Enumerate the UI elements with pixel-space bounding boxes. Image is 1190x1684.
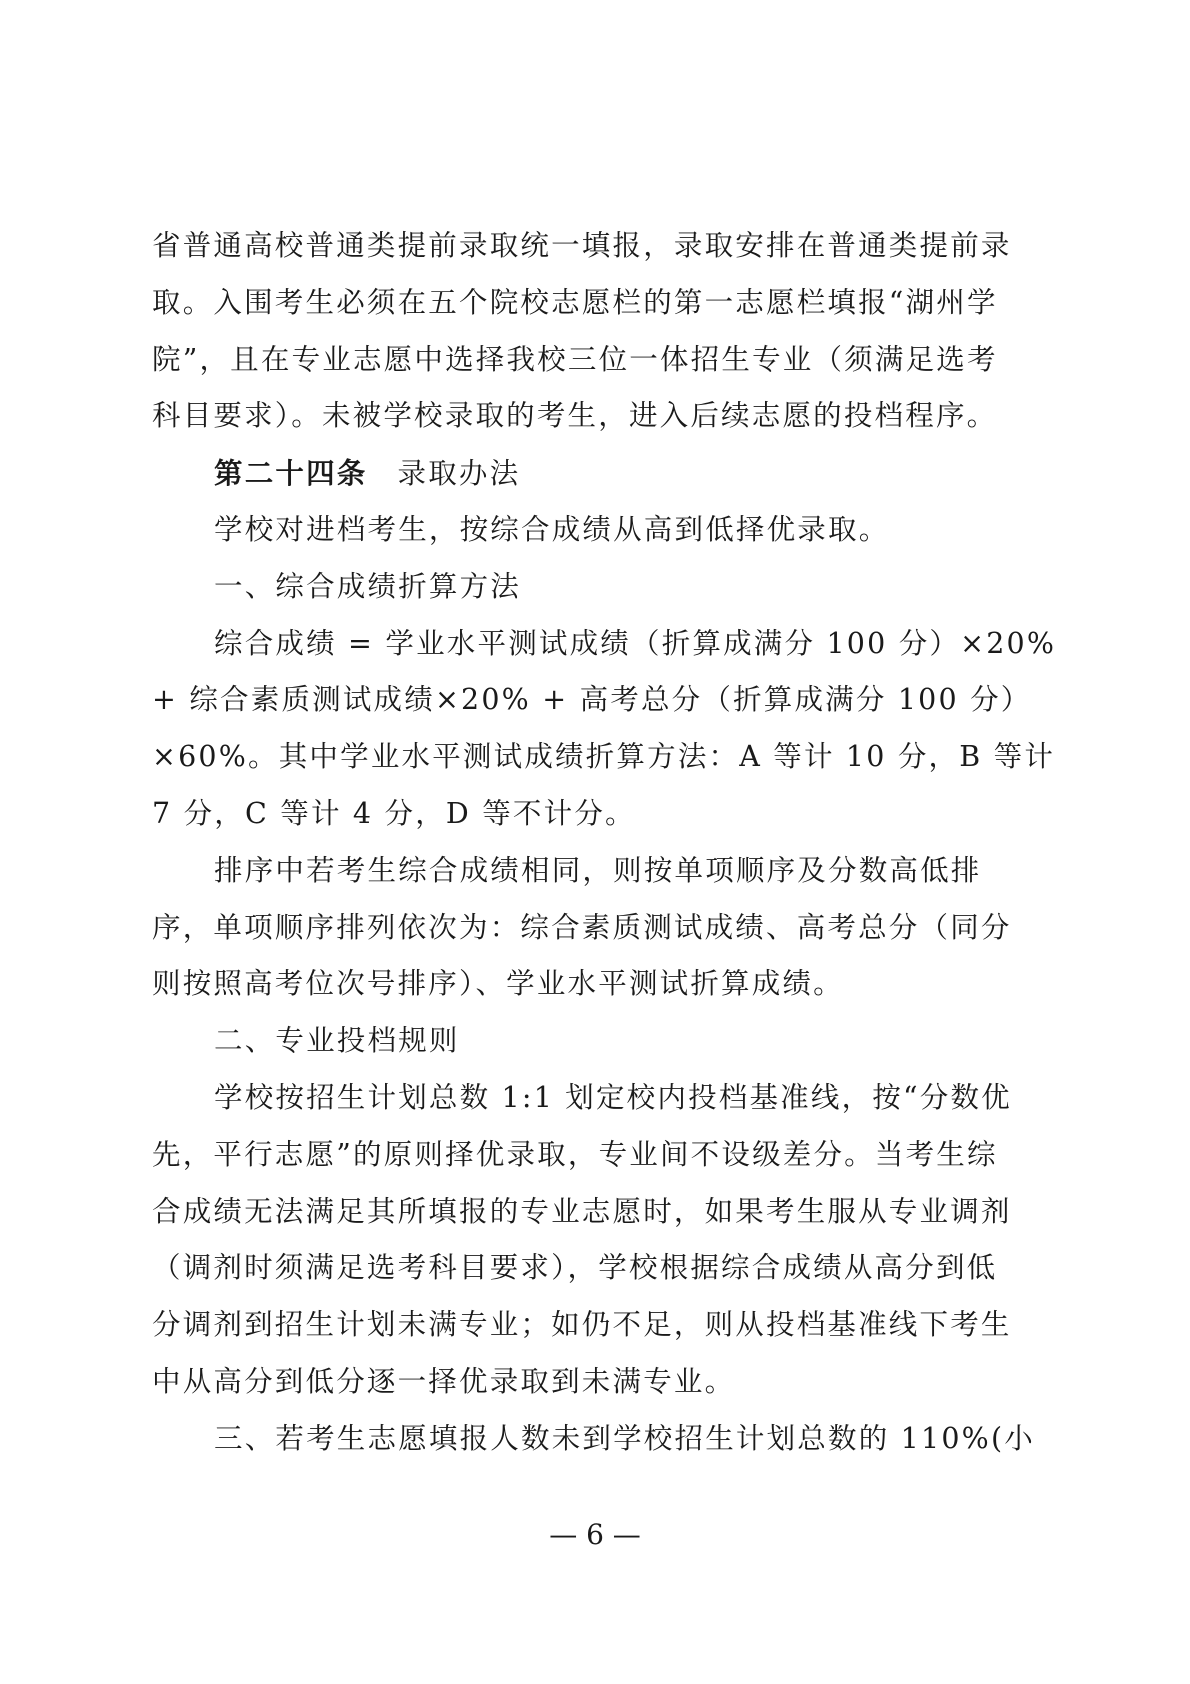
section-heading-1: 一、综合成绩折算方法	[152, 559, 1032, 616]
rule-line: （调剂时须满足选考科目要求），学校根据综合成绩从高分到低	[152, 1240, 1032, 1297]
paragraph-line: 院”，且在专业志愿中选择我校三位一体招生专业（须满足选考	[152, 332, 1032, 389]
tie-rule-line: 则按照高考位次号排序）、学业水平测试折算成绩。	[152, 956, 1032, 1013]
section-heading-2: 二、专业投档规则	[152, 1013, 1032, 1070]
page-number: — 6 —	[0, 1518, 1190, 1551]
article-heading: 第二十四条录取办法	[152, 445, 1032, 502]
rule-line: 合成绩无法满足其所填报的专业志愿时，如果考生服从专业调剂	[152, 1184, 1032, 1241]
article-title: 录取办法	[398, 457, 521, 490]
rule-line: 中从高分到低分逐一择优录取到未满专业。	[152, 1354, 1032, 1411]
formula-line: 综合成绩 = 学业水平测试成绩（折算成满分 100 分）×20%	[152, 616, 1032, 673]
formula-line: 7 分，C 等计 4 分，D 等不计分。	[152, 786, 1032, 843]
paragraph-line: 省普通高校普通类提前录取统一填报，录取安排在普通类提前录	[152, 218, 1032, 275]
section-heading-3: 三、若考生志愿填报人数未到学校招生计划总数的 110%(小	[152, 1411, 1032, 1468]
paragraph-line: 科目要求）。未被学校录取的考生，进入后续志愿的投档程序。	[152, 388, 1032, 445]
tie-rule-line: 序，单项顺序排列依次为：综合素质测试成绩、高考总分（同分	[152, 900, 1032, 957]
intro-line: 学校对进档考生，按综合成绩从高到低择优录取。	[152, 502, 1032, 559]
document-page: 省普通高校普通类提前录取统一填报，录取安排在普通类提前录 取。入围考生必须在五个…	[0, 0, 1190, 1684]
paragraph-line: 取。入围考生必须在五个院校志愿栏的第一志愿栏填报“湖州学	[152, 275, 1032, 332]
rule-line: 先，平行志愿”的原则择优录取，专业间不设级差分。当考生综	[152, 1127, 1032, 1184]
tie-rule-line: 排序中若考生综合成绩相同，则按单项顺序及分数高低排	[152, 843, 1032, 900]
document-body: 省普通高校普通类提前录取统一填报，录取安排在普通类提前录 取。入围考生必须在五个…	[152, 218, 1032, 1468]
rule-line: 分调剂到招生计划未满专业；如仍不足，则从投档基准线下考生	[152, 1297, 1032, 1354]
article-number: 第二十四条	[214, 456, 368, 490]
rule-line: 学校按招生计划总数 1:1 划定校内投档基准线，按“分数优	[152, 1070, 1032, 1127]
formula-line: + 综合素质测试成绩×20% + 高考总分（折算成满分 100 分）	[152, 672, 1032, 729]
formula-line: ×60%。其中学业水平测试成绩折算方法：A 等计 10 分，B 等计	[152, 729, 1032, 786]
